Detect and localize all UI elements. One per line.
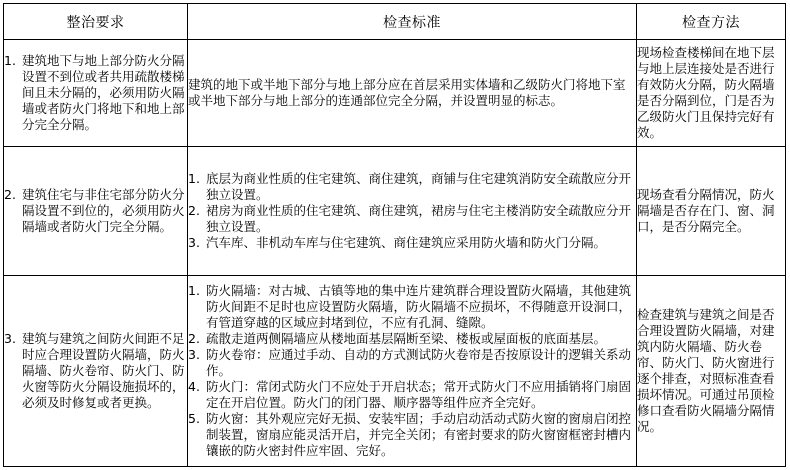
standard-cell: 建筑的地下或半地下部分与地上部分应在首层采用实体墙和乙级防火门将地下室或半地下部…	[188, 40, 637, 147]
method-text: 检查建筑与建筑之间是否合理设置防火隔墙，对建筑内防火隔墙、防火卷帘、防火门、防火…	[637, 307, 775, 434]
requirement-cell: 1. 建筑地下与地上部分防火分隔设置不到位或者共用疏散楼梯间且未分隔的，必须用防…	[4, 40, 188, 147]
standard-item: 2. 疏散走道两侧隔墙应从楼地面基层隔断至梁、楼板或屋面板的底面基层。	[188, 331, 636, 347]
header-row: 整治要求 检查标准 检查方法	[4, 4, 786, 40]
standard-item-number: 2.	[188, 331, 206, 347]
standard-item-text: 汽车库、非机动车库与住宅建筑、商住建筑应采用防火墙和防火门分隔。	[206, 235, 636, 251]
standard-item-number: 5.	[188, 411, 206, 459]
method-cell: 现场查看分隔情况，防火隔墙是否存在门、窗、洞口，是否分隔完全。	[637, 147, 786, 276]
header-method: 检查方法	[637, 4, 786, 40]
item-number: 1.	[4, 53, 22, 133]
rectification-table: 整治要求 检查标准 检查方法 1. 建筑地下与地上部分防火分隔设置不到位或者共用…	[3, 3, 786, 467]
standard-item-text: 裙房为商业性质的住宅建筑、商住建筑，裙房与住宅主楼消防安全疏散应分开独立设置。	[206, 203, 636, 235]
table-row: 3. 建筑与建筑之间防火间距不足时应合理设置防火隔墙，防火隔墙、防火卷帘、防火门…	[4, 276, 786, 467]
method-text: 现场查看分隔情况，防火隔墙是否存在门、窗、洞口，是否分隔完全。	[637, 187, 775, 234]
standard-item-text: 疏散走道两侧隔墙应从楼地面基层隔断至梁、楼板或屋面板的底面基层。	[206, 331, 636, 347]
item-number: 2.	[4, 187, 22, 235]
standard-item-text: 防火门：常闭式防火门不应处于开启状态；常开式防火门不应用插销将门扇固定在开启位置…	[206, 379, 636, 411]
standard-item-text: 防火卷帘：应通过手动、自动的方式测试防火卷帘是否按原设计的逻辑关系动作。	[206, 347, 636, 379]
requirement-text: 建筑地下与地上部分防火分隔设置不到位或者共用疏散楼梯间且未分隔的，必须用防火隔墙…	[22, 53, 187, 133]
requirement-text: 建筑与建筑之间防火间距不足时应合理设置防火隔墙，防火隔墙、防火卷帘、防火门、防火…	[22, 331, 187, 411]
method-text: 现场检查楼梯间在地下层与地上层连接处是否进行有效防火分隔，防火隔墙是否分隔到位，…	[637, 45, 775, 140]
standard-cell: 1. 底层为商业性质的住宅建筑、商住建筑，商铺与住宅建筑消防安全疏散应分开独立设…	[188, 147, 637, 276]
table-row: 2. 建筑住宅与非住宅部分防火分隔设置不到位的，必须用防火隔墙或者防火门完全分隔…	[4, 147, 786, 276]
standard-item-text: 底层为商业性质的住宅建筑、商住建筑，商铺与住宅建筑消防安全疏散应分开独立设置。	[206, 171, 636, 203]
standard-item-number: 2.	[188, 203, 206, 235]
standard-item: 4. 防火门：常闭式防火门不应处于开启状态；常开式防火门不应用插销将门扇固定在开…	[188, 379, 636, 411]
requirement-text: 建筑住宅与非住宅部分防火分隔设置不到位的，必须用防火隔墙或者防火门完全分隔。	[22, 187, 187, 235]
method-cell: 检查建筑与建筑之间是否合理设置防火隔墙，对建筑内防火隔墙、防火卷帘、防火门、防火…	[637, 276, 786, 467]
standard-item-number: 4.	[188, 379, 206, 411]
standard-item: 5. 防火窗：其外观应完好无损、安装牢固；手动启动活动式防火窗的窗扇启闭控制装置…	[188, 411, 636, 459]
header-standard: 检查标准	[188, 4, 637, 40]
header-requirement: 整治要求	[4, 4, 188, 40]
standard-item-text: 防火窗：其外观应完好无损、安装牢固；手动启动活动式防火窗的窗扇启闭控制装置，窗扇…	[206, 411, 636, 459]
standard-item-number: 3.	[188, 235, 206, 251]
standard-item: 1. 防火隔墙：对古城、古镇等地的集中连片建筑群合理设置防火隔墙，其他建筑防火间…	[188, 283, 636, 331]
standard-item: 3. 防火卷帘：应通过手动、自动的方式测试防火卷帘是否按原设计的逻辑关系动作。	[188, 347, 636, 379]
standard-item-number: 3.	[188, 347, 206, 379]
standard-item: 2. 裙房为商业性质的住宅建筑、商住建筑，裙房与住宅主楼消防安全疏散应分开独立设…	[188, 203, 636, 235]
standard-item: 1. 底层为商业性质的住宅建筑、商住建筑，商铺与住宅建筑消防安全疏散应分开独立设…	[188, 171, 636, 203]
standard-item: 3. 汽车库、非机动车库与住宅建筑、商住建筑应采用防火墙和防火门分隔。	[188, 235, 636, 251]
standard-item-number: 1.	[188, 171, 206, 203]
item-number: 3.	[4, 331, 22, 411]
standard-text: 建筑的地下或半地下部分与地上部分应在首层采用实体墙和乙级防火门将地下室或半地下部…	[188, 77, 626, 108]
requirement-cell: 2. 建筑住宅与非住宅部分防火分隔设置不到位的，必须用防火隔墙或者防火门完全分隔…	[4, 147, 188, 276]
method-cell: 现场检查楼梯间在地下层与地上层连接处是否进行有效防火分隔，防火隔墙是否分隔到位，…	[637, 40, 786, 147]
standard-item-number: 1.	[188, 283, 206, 331]
table-row: 1. 建筑地下与地上部分防火分隔设置不到位或者共用疏散楼梯间且未分隔的，必须用防…	[4, 40, 786, 147]
standard-item-text: 防火隔墙：对古城、古镇等地的集中连片建筑群合理设置防火隔墙，其他建筑防火间距不足…	[206, 283, 636, 331]
standard-cell: 1. 防火隔墙：对古城、古镇等地的集中连片建筑群合理设置防火隔墙，其他建筑防火间…	[188, 276, 637, 467]
requirement-cell: 3. 建筑与建筑之间防火间距不足时应合理设置防火隔墙，防火隔墙、防火卷帘、防火门…	[4, 276, 188, 467]
